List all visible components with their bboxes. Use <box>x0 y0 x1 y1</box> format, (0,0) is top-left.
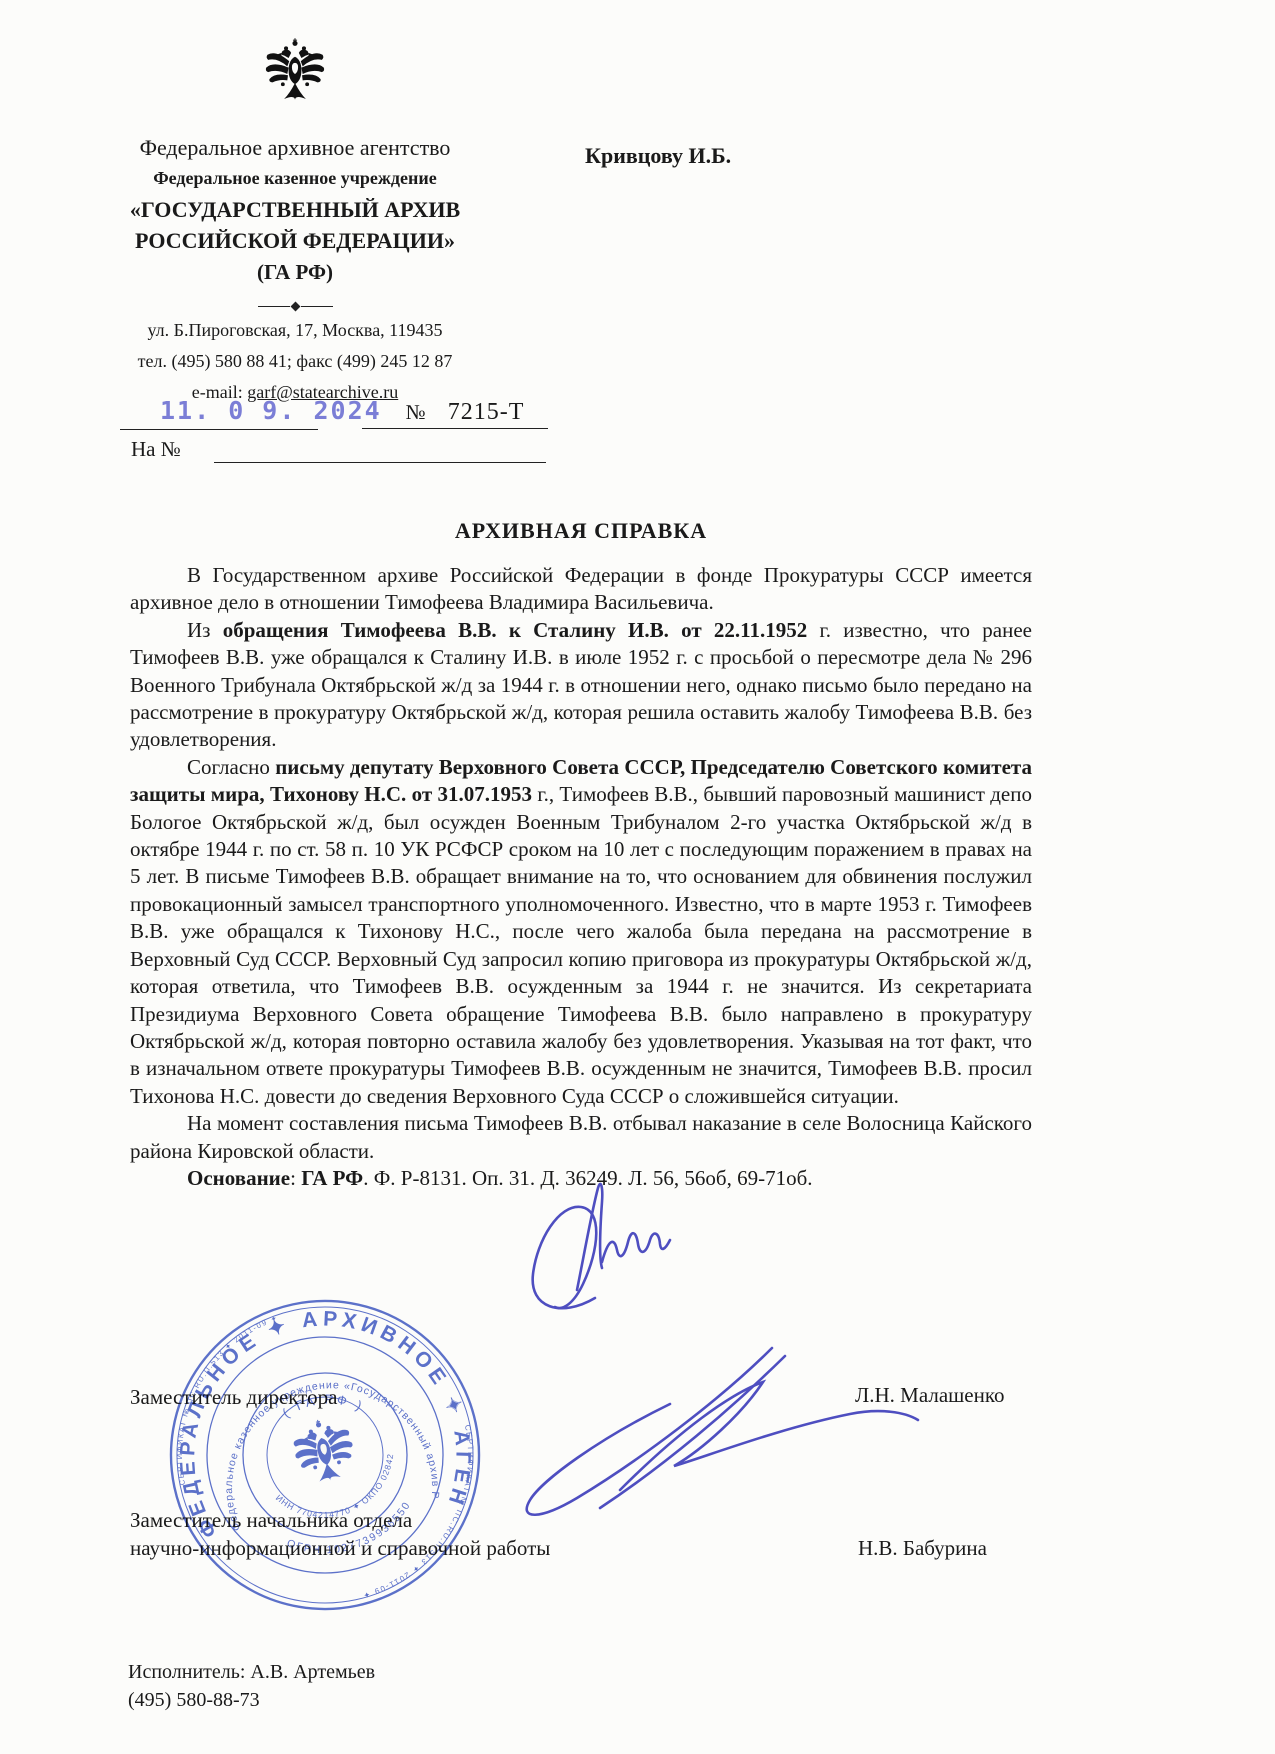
org-name-line2: РОССИЙСКОЙ ФЕДЕРАЦИИ» <box>95 225 495 256</box>
date-underline <box>120 429 318 430</box>
coat-of-arms-eagle-icon <box>263 30 327 118</box>
in-reply-underline <box>214 462 546 463</box>
paragraph-4-text: На момент составления письма Тимофеев В.… <box>130 1111 1032 1162</box>
paragraph-3-rest: г., Тимофеев В.В., бывший паровозный маш… <box>130 782 1032 1107</box>
paragraph-4: На момент составления письма Тимофеев В.… <box>130 1110 1032 1165</box>
letterhead: Федеральное архивное агентство Федеральн… <box>95 30 495 404</box>
agency-name: Федеральное архивное агентство <box>95 135 495 161</box>
document-number: 7215-Т <box>448 399 525 425</box>
document-title: АРХИВНАЯ СПРАВКА <box>130 518 1032 544</box>
institution-type: Федеральное казенное учреждение <box>95 168 495 189</box>
date-stamp: 11. 0 9. 2024 <box>160 396 382 425</box>
number-sign: № <box>406 400 426 424</box>
basis-archive: ГА РФ <box>301 1166 363 1190</box>
executor-phone: (495) 580-88-73 <box>128 1686 375 1714</box>
letterhead-divider <box>95 301 495 311</box>
paragraph-3-prefix: Согласно <box>187 755 275 779</box>
archival-certificate-document: Федеральное архивное агентство Федеральн… <box>0 0 1275 1754</box>
org-name-line1: «ГОСУДАРСТВЕННЫЙ АРХИВ <box>95 194 495 225</box>
org-abbreviation: (ГА РФ) <box>95 260 495 285</box>
svg-text:ФЕДЕРАЛЬНОЕ ✦ АРХИВНОЕ ✦ А: ФЕДЕРАЛЬНОЕ ✦ АРХИВНОЕ ✦ АГЕНТСТВО <box>133 1263 489 1574</box>
paragraph-3: Согласно письму депутату Верховного Сове… <box>130 754 1032 1110</box>
document-body: В Государственном архиве Российской Феде… <box>130 562 1032 1192</box>
executor-line: Исполнитель: А.В. Артемьев <box>128 1658 375 1686</box>
official-seal-stamp: СЕРТИФИКАТ № ПС.RU.П.513 ✦ 2011-09 ✦ СЕР… <box>133 1263 517 1647</box>
stamp-agency-ring-text: ФЕДЕРАЛЬНОЕ ✦ АРХИВНОЕ ✦ АГЕНТСТВО <box>133 1263 489 1574</box>
signature-deputy-head-ink <box>480 1320 950 1530</box>
signer-name-baburina: Н.В. Бабурина <box>858 1536 987 1561</box>
number-underline <box>362 428 548 429</box>
phone-fax: тел. (495) 580 88 41; факс (499) 245 12 … <box>95 349 495 373</box>
basis-separator: : <box>290 1166 301 1190</box>
basis-label: Основание <box>187 1166 290 1190</box>
addressee: Кривцову И.Б. <box>585 143 731 169</box>
paragraph-1: В Государственном архиве Российской Феде… <box>130 562 1032 617</box>
stamp-eagle-icon <box>289 1414 359 1487</box>
svg-text:СЕРТИФИКАТ № ПС.RU.П.513 ✦ 201: СЕРТИФИКАТ № ПС.RU.П.513 ✦ 2011-09 ✦ <box>331 1424 502 1601</box>
paragraph-1-text: В Государственном архиве Российской Феде… <box>130 563 1032 614</box>
postal-address: ул. Б.Пироговская, 17, Москва, 119435 <box>95 318 495 342</box>
signature-director-ink <box>495 1170 715 1330</box>
date-number-row: 11. 0 9. 2024№7215-Т <box>160 396 524 426</box>
stamp-cert-ring-text-2: СЕРТИФИКАТ № ПС.RU.П.513 ✦ 2011-09 ✦ <box>331 1424 502 1601</box>
paragraph-2: Из обращения Тимофеева В.В. к Сталину И.… <box>130 617 1032 754</box>
paragraph-2-bold: обращения Тимофеева В.В. к Сталину И.В. … <box>223 618 808 642</box>
in-reply-label: На № <box>131 437 181 462</box>
paragraph-2-prefix: Из <box>187 618 223 642</box>
